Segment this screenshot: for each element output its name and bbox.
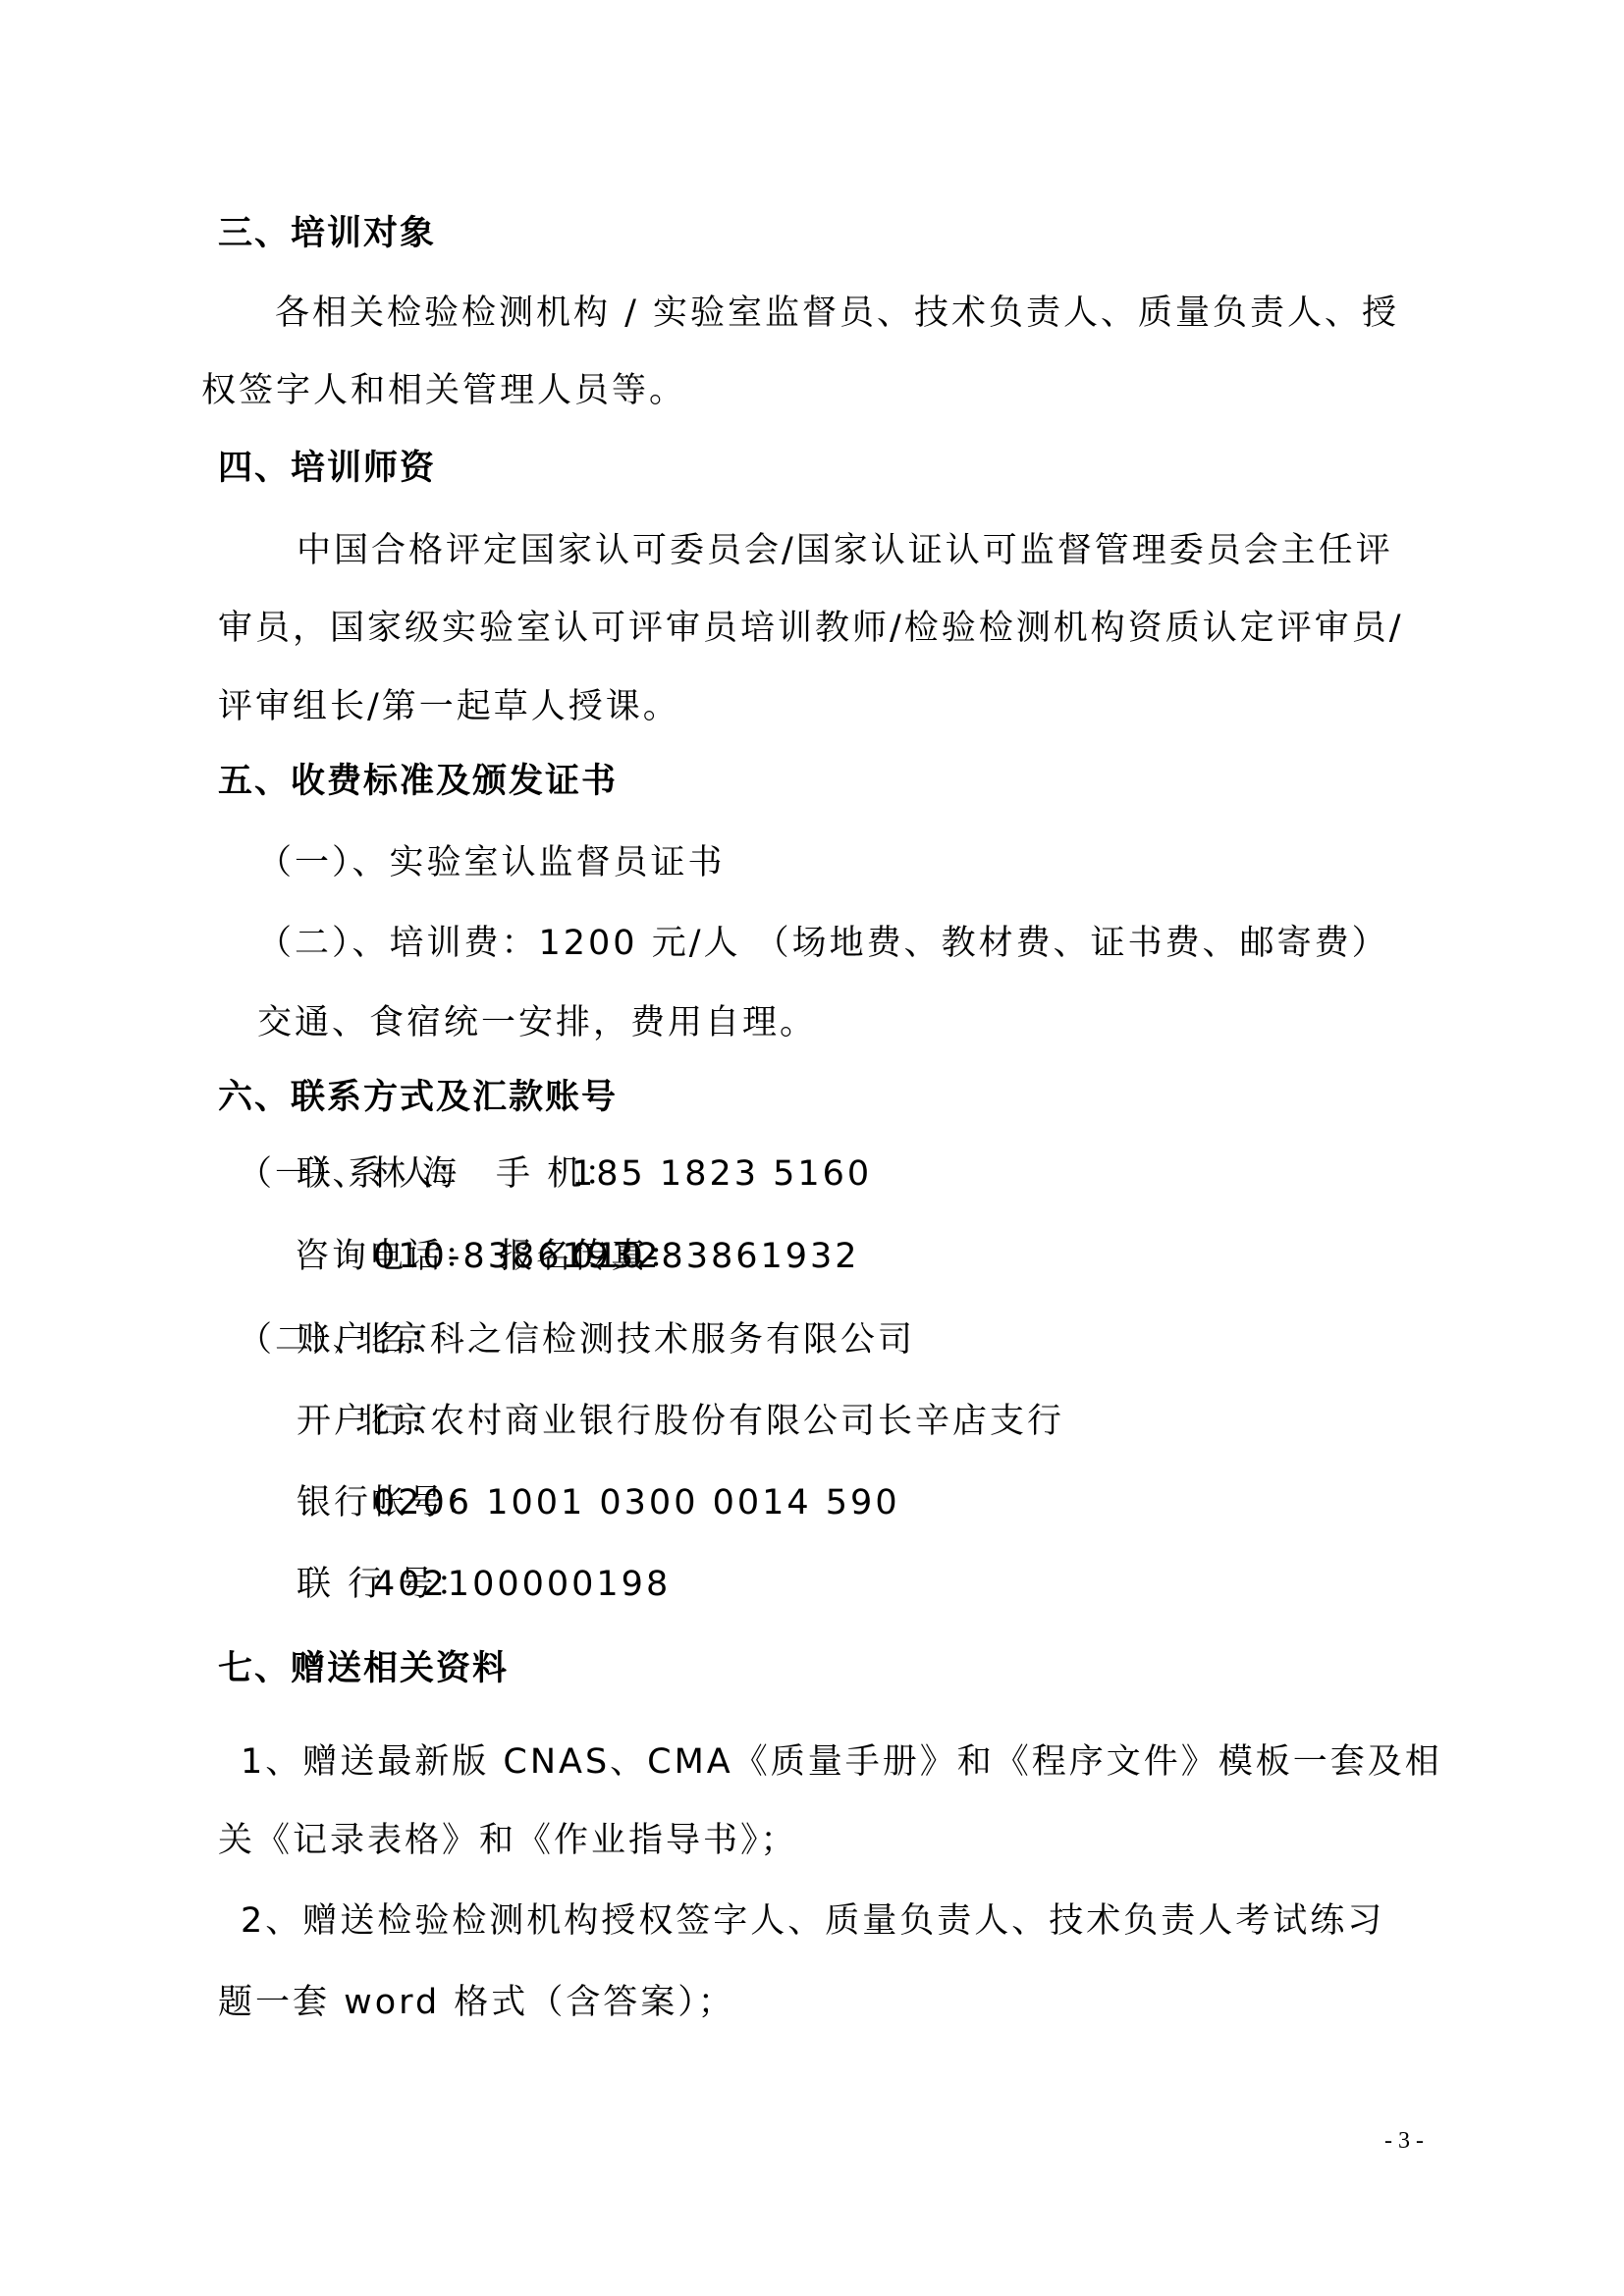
paragraph-line: 各相关检验检测机构 / 实验室监督员、技术负责人、质量负责人、授	[275, 294, 1399, 333]
paragraph-line: 交通、食宿统一安排，费用自理。	[257, 1003, 817, 1042]
clearing-number: 402100000198	[373, 1565, 671, 1604]
account-number: 0206 1001 0300 0014 590	[373, 1483, 900, 1522]
paragraph-line: （二）、培训费：1200 元/人 （场地费、教材费、证书费、邮寄费）	[257, 924, 1389, 963]
page-number: - 3 -	[1384, 2128, 1424, 2155]
bank-name: 北京农村商业银行股份有限公司长辛店支行	[355, 1402, 1064, 1441]
paragraph-line: 2、赠送检验检测机构授权签字人、质量负责人、技术负责人考试练习	[241, 1901, 1384, 1941]
section-heading-contact: 六、联系方式及汇款账号	[218, 1078, 618, 1117]
mobile-number: 185 1823 5160	[571, 1154, 872, 1194]
section-heading-fees: 五、收费标准及颁发证书	[218, 762, 618, 801]
section-heading-materials: 七、赠送相关资料	[218, 1649, 509, 1688]
paragraph-line: 题一套 word 格式（含答案）；	[218, 1983, 735, 2022]
paragraph-line: 评审组长/第一起草人授课。	[218, 687, 680, 726]
fax-number: 010-83861932	[571, 1237, 860, 1276]
paragraph-line: 中国合格评定国家认可委员会/国家认证认可监督管理委员会主任评	[297, 531, 1393, 570]
account-name: 北京科之信检测技术服务有限公司	[355, 1320, 915, 1360]
paragraph-line: 审员，国家级实验室认可评审员培训教师/检验检测机构资质认定评审员/	[218, 609, 1404, 648]
paragraph-line: （一）、实验室认监督员证书	[257, 843, 726, 882]
section-heading-instructors: 四、培训师资	[218, 449, 436, 488]
paragraph-line: 关《记录表格》和《作业指导书》；	[218, 1821, 798, 1860]
paragraph-line: 权签字人和相关管理人员等。	[201, 371, 686, 410]
contact-person-value: 林 海	[371, 1154, 460, 1194]
paragraph-line: 1、赠送最新版 CNAS、CMA《质量手册》和《程序文件》模板一套及相	[241, 1742, 1442, 1782]
section-heading-trainees: 三、培训对象	[218, 214, 436, 253]
document-page: 三、培训对象 各相关检验检测机构 / 实验室监督员、技术负责人、质量负责人、授 …	[0, 0, 1624, 2296]
